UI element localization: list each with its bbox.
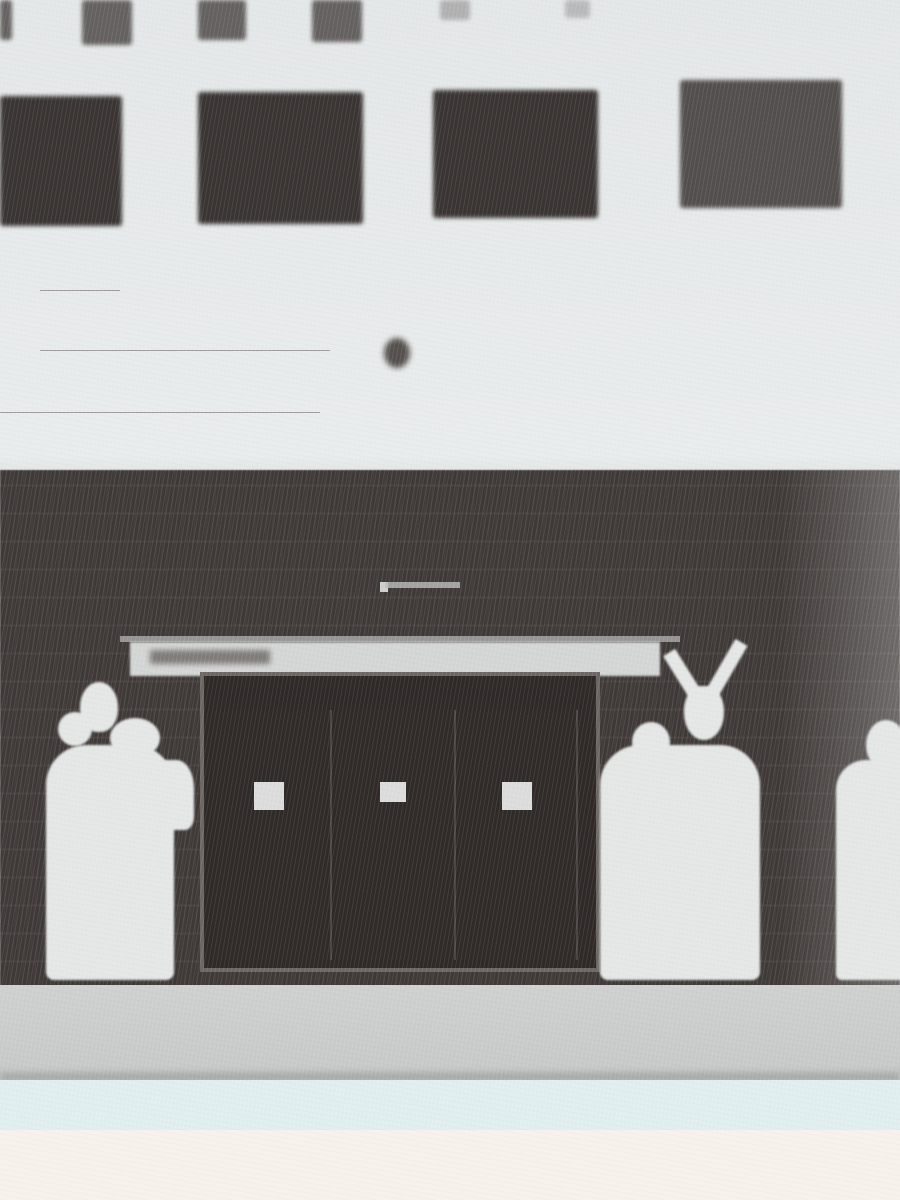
window-4 bbox=[680, 80, 842, 208]
window-1 bbox=[0, 96, 122, 226]
wall-smudge bbox=[384, 338, 410, 368]
door-center bbox=[336, 710, 456, 960]
wall-line bbox=[0, 412, 320, 413]
artwork-canvas bbox=[0, 0, 900, 1200]
wall-line bbox=[40, 290, 120, 291]
wall-line bbox=[40, 350, 330, 351]
window-top-4 bbox=[312, 0, 362, 42]
paper-margin bbox=[0, 1130, 900, 1200]
window-top-5 bbox=[440, 0, 470, 20]
window-3 bbox=[433, 90, 598, 218]
door-notice bbox=[502, 782, 532, 810]
lintel-shadow bbox=[150, 650, 270, 664]
door-right bbox=[458, 710, 578, 960]
window-top-6 bbox=[565, 0, 590, 18]
window-top-2 bbox=[82, 0, 132, 45]
window-2 bbox=[198, 92, 363, 224]
blue-wash bbox=[0, 1080, 900, 1135]
sidewalk bbox=[0, 985, 900, 1085]
window-top-3 bbox=[198, 0, 246, 40]
door-notice bbox=[254, 782, 284, 810]
door-notice bbox=[380, 782, 406, 802]
entrance-doors bbox=[200, 672, 600, 972]
door-left bbox=[212, 710, 332, 960]
sign-bar bbox=[385, 582, 460, 588]
window-top-1 bbox=[0, 0, 12, 40]
